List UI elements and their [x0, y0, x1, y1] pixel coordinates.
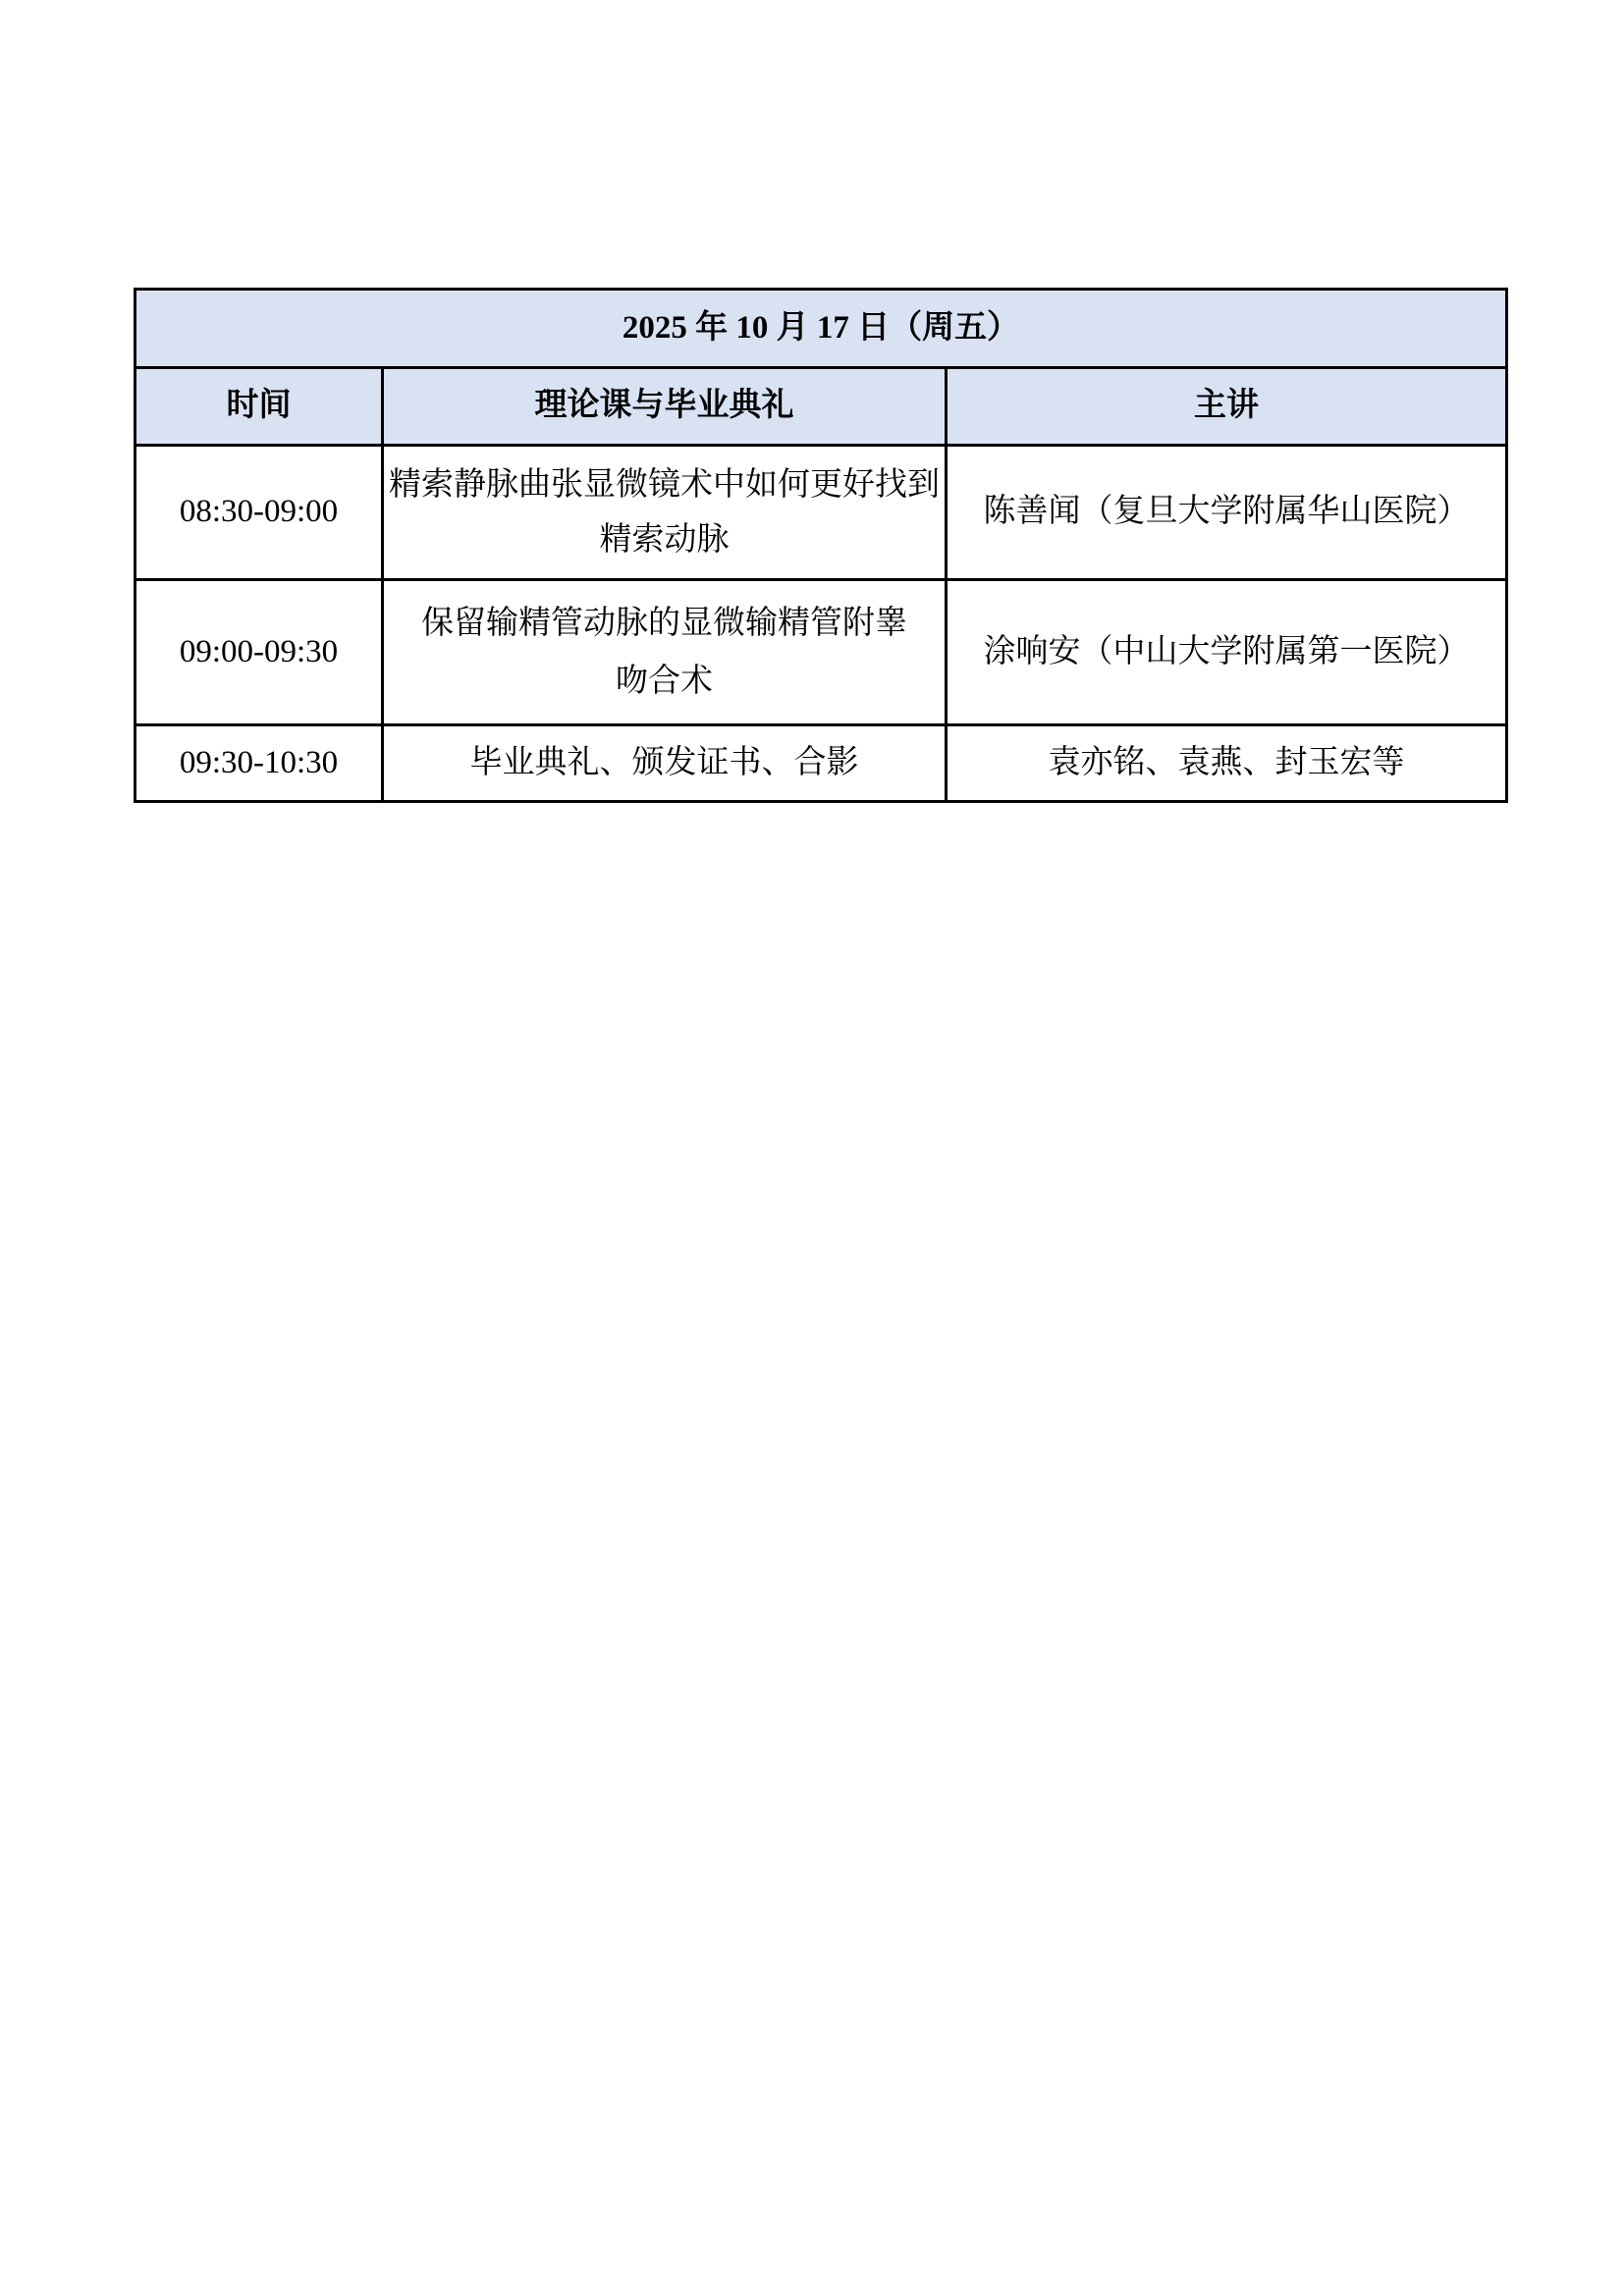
topic-cell: 保留输精管动脉的显微输精管附睾 吻合术 — [383, 580, 947, 725]
table-row: 09:30-10:30 毕业典礼、颁发证书、合影 袁亦铭、袁燕、封玉宏等 — [135, 725, 1507, 802]
speaker-cell: 袁亦铭、袁燕、封玉宏等 — [947, 725, 1507, 802]
topic-lines: 保留输精管动脉的显微输精管附睾 吻合术 — [388, 583, 941, 722]
column-header-topic: 理论课与毕业典礼 — [383, 368, 947, 446]
schedule-table-body: 2025 年 10 月 17 日（周五） 时间 理论课与毕业典礼 主讲 08:3… — [135, 290, 1507, 802]
topic-line: 保留输精管动脉的显微输精管附睾 — [421, 606, 907, 641]
time-cell: 09:30-10:30 — [135, 725, 383, 802]
time-cell: 08:30-09:00 — [135, 446, 383, 580]
column-header-time: 时间 — [135, 368, 383, 446]
column-header-speaker: 主讲 — [947, 368, 1507, 446]
time-cell: 09:00-09:30 — [135, 580, 383, 725]
document-page: 2025 年 10 月 17 日（周五） 时间 理论课与毕业典礼 主讲 08:3… — [0, 0, 1624, 2296]
schedule-table: 2025 年 10 月 17 日（周五） 时间 理论课与毕业典礼 主讲 08:3… — [134, 288, 1508, 803]
table-row: 09:00-09:30 保留输精管动脉的显微输精管附睾 吻合术 涂响安（中山大学… — [135, 580, 1507, 725]
speaker-cell: 陈善闻（复旦大学附属华山医院） — [947, 446, 1507, 580]
topic-line: 精索动脉 — [600, 522, 730, 558]
topic-line: 吻合术 — [616, 664, 713, 699]
topic-cell: 毕业典礼、颁发证书、合影 — [383, 725, 947, 802]
table-title: 2025 年 10 月 17 日（周五） — [135, 290, 1507, 368]
topic-line: 精索静脉曲张显微镜术中如何更好找到 — [389, 467, 940, 503]
topic-cell: 精索静脉曲张显微镜术中如何更好找到 精索动脉 — [383, 446, 947, 580]
table-header-row: 时间 理论课与毕业典礼 主讲 — [135, 368, 1507, 446]
topic-lines: 精索静脉曲张显微镜术中如何更好找到 精索动脉 — [388, 449, 941, 577]
table-row: 08:30-09:00 精索静脉曲张显微镜术中如何更好找到 精索动脉 陈善闻（复… — [135, 446, 1507, 580]
table-title-row: 2025 年 10 月 17 日（周五） — [135, 290, 1507, 368]
speaker-cell: 涂响安（中山大学附属第一医院） — [947, 580, 1507, 725]
